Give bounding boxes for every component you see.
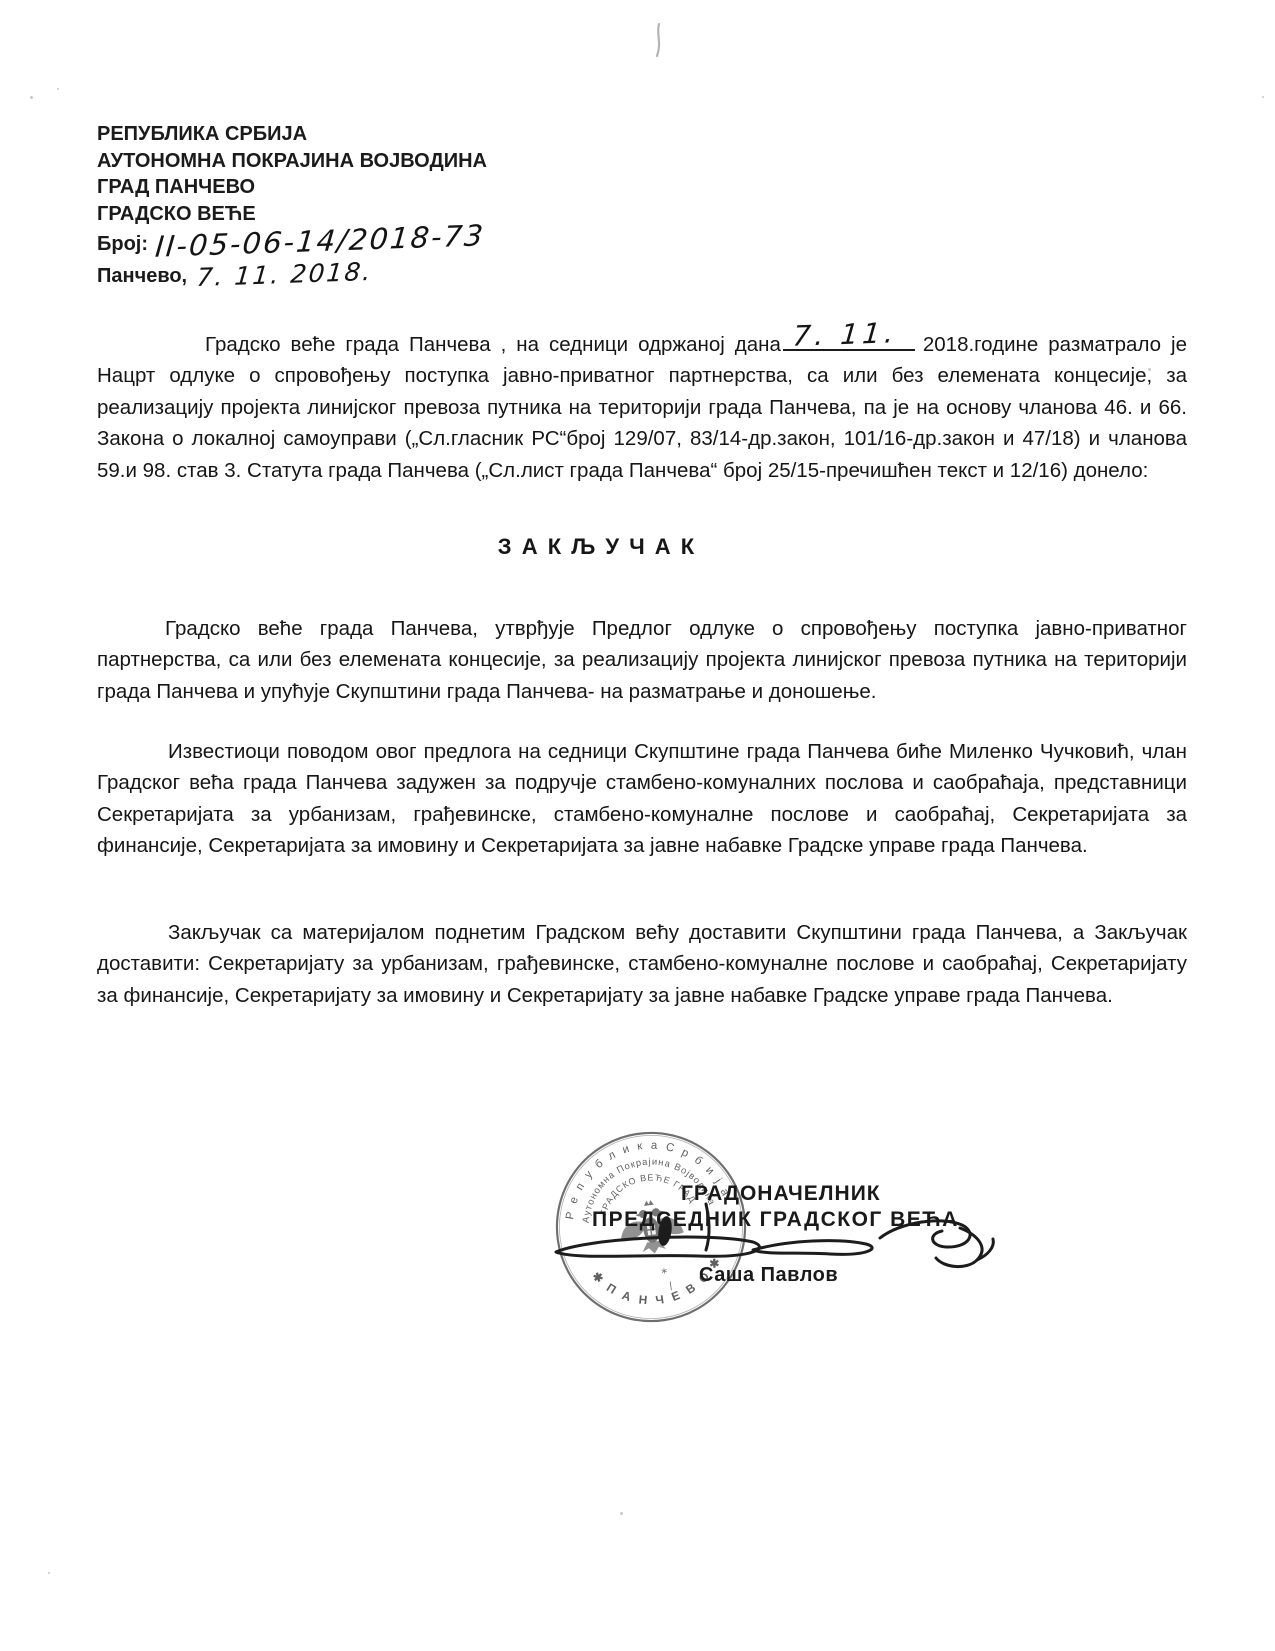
place-date-row: Панчево,7. 11. 2018. bbox=[97, 261, 487, 288]
scan-speck bbox=[57, 88, 59, 90]
intro-text-before-date: Градско веће града Панчева , на седници … bbox=[205, 333, 781, 356]
place-label: Панчево, bbox=[97, 265, 187, 287]
document-number-handwritten: II-05-06-14/2018-73 bbox=[154, 222, 486, 260]
handwritten-signature bbox=[548, 1198, 1008, 1310]
scan-speck bbox=[620, 1512, 623, 1515]
document-number-row: Број:II-05-06-14/2018-73 bbox=[97, 227, 487, 261]
scan-speck bbox=[1262, 96, 1264, 98]
letterhead-province: АУТОНОМНА ПОКРАЈИНА ВОЈВОДИНА bbox=[97, 148, 487, 175]
letterhead: РЕПУБЛИКА СРБИЈА АУТОНОМНА ПОКРАЈИНА ВОЈ… bbox=[97, 121, 487, 288]
intro-paragraph: Градско веће града Панчева , на седници … bbox=[97, 329, 1187, 487]
date-handwritten: 7. 11. 2018. bbox=[196, 259, 374, 292]
letterhead-republic: РЕПУБЛИКА СРБИЈА bbox=[97, 121, 487, 148]
session-date-underline: 7. 11. bbox=[783, 347, 915, 351]
session-date-handwritten: 7. 11. bbox=[791, 317, 898, 352]
delivery-paragraph: Закључак са материјалом поднетим Градско… bbox=[97, 917, 1187, 1012]
pen-mark-artifact bbox=[648, 22, 668, 62]
letterhead-city: ГРАД ПАНЧЕВО bbox=[97, 174, 487, 201]
rapporteurs-paragraph: Известиоци поводом овог предлога на седн… bbox=[97, 736, 1187, 862]
document-number-label: Број: bbox=[97, 233, 148, 255]
scan-speck bbox=[48, 1572, 50, 1574]
scanned-document-page: РЕПУБЛИКА СРБИЈА АУТОНОМНА ПОКРАЈИНА ВОЈ… bbox=[0, 0, 1275, 1651]
scan-speck bbox=[30, 96, 33, 99]
conclusion-paragraph-1: Градско веће града Панчева, утврђује Пре… bbox=[97, 613, 1187, 708]
conclusion-heading: З А К Љ У Ч А К bbox=[97, 534, 1097, 560]
